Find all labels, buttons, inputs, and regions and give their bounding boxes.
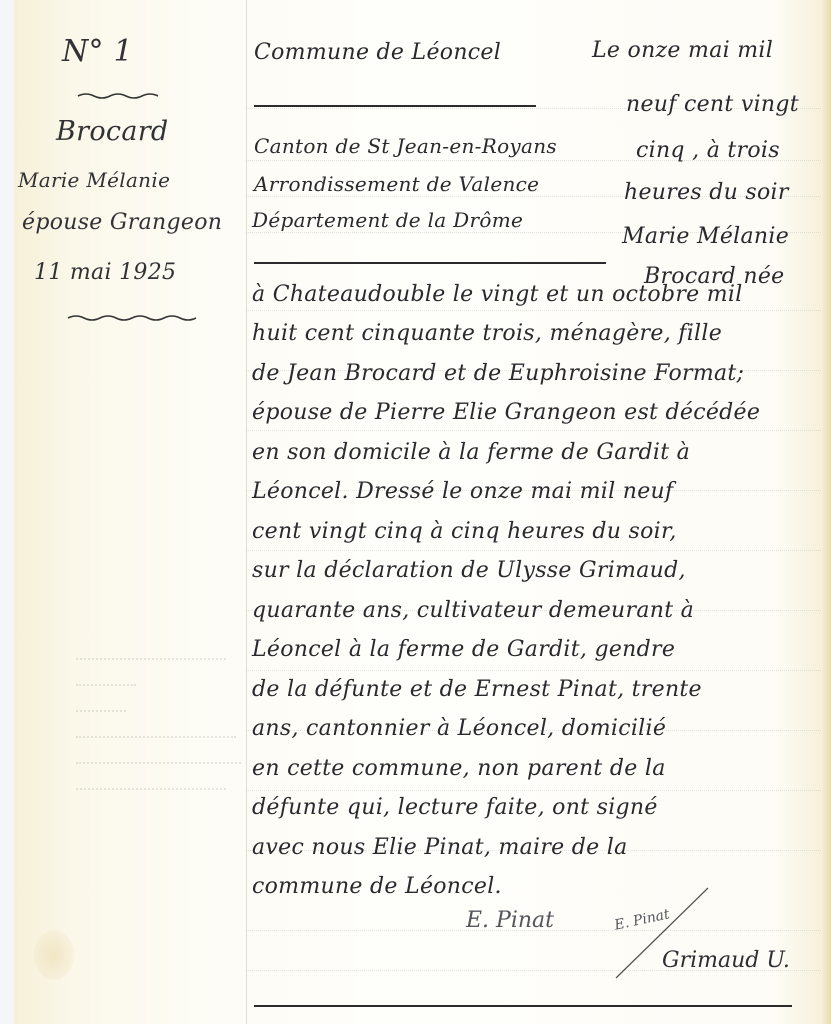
margin-surname: Brocard (56, 116, 169, 147)
body-line: avec nous Elie Pinat, maire de la (252, 835, 628, 860)
header-rule (254, 105, 536, 107)
squiggle-divider (66, 312, 206, 322)
signature-mayor: E. Pinat (466, 908, 554, 933)
header-rule (254, 262, 606, 264)
body-line: en son domicile à la ferme de Gardit à (252, 440, 690, 465)
body-line: quarante ans, cultivateur demeurant à (252, 598, 694, 623)
ruling-line (246, 670, 821, 671)
record-number: N° 1 (62, 34, 133, 69)
ruling-line (246, 430, 821, 431)
body-line: heures du soir (624, 180, 789, 205)
body-line: cent vingt cinq à cinq heures du soir, (252, 519, 677, 544)
register-page: N° 1 Brocard Marie Mélanie épouse Grange… (14, 0, 831, 1024)
body-line: Léoncel. Dressé le onze mai mil neuf (252, 479, 673, 504)
paper-stain (34, 930, 74, 980)
bleed-through-text (76, 658, 246, 828)
margin-date: 11 mai 1925 (34, 260, 176, 285)
margin-spouse: épouse Grangeon (22, 210, 222, 235)
body-line: neuf cent vingt (626, 92, 799, 117)
squiggle-divider (76, 90, 166, 100)
header-canton: Canton de St Jean-en-Royans (254, 134, 557, 158)
signature-declarant: Grimaud U. (662, 948, 790, 973)
header-departement: Département de la Drôme (252, 208, 523, 232)
closing-rule (254, 1005, 792, 1007)
margin-divider-line (246, 0, 247, 1024)
margin-given-names: Marie Mélanie (18, 168, 170, 192)
body-line: huit cent cinquante trois, ménagère, fil… (252, 321, 722, 346)
body-line: Le onze mai mil (592, 38, 773, 63)
body-line: ans, cantonnier à Léoncel, domicilié (252, 716, 666, 741)
body-line: cinq , à trois (636, 138, 780, 163)
body-line: en cette commune, non parent de la (252, 756, 666, 781)
body-line: à Chateaudouble le vingt et un octobre m… (252, 282, 743, 307)
ruling-line (246, 790, 821, 791)
body-line: Léoncel à la ferme de Gardit, gendre (252, 637, 675, 662)
ruling-line (246, 550, 821, 551)
header-commune: Commune de Léoncel (254, 40, 501, 65)
body-line: de Jean Brocard et de Euphroisine Format… (252, 361, 744, 386)
body-line: de la défunte et de Ernest Pinat, trente (252, 677, 702, 702)
body-line: sur la déclaration de Ulysse Grimaud, (252, 558, 686, 583)
body-line: épouse de Pierre Elie Grangeon est décéd… (252, 400, 760, 425)
header-arrondissement: Arrondissement de Valence (254, 172, 539, 196)
body-line: commune de Léoncel. (252, 874, 502, 899)
body-line: défunte qui, lecture faite, ont signé (252, 795, 658, 820)
body-line: Marie Mélanie (622, 224, 789, 249)
ruling-line (246, 310, 821, 311)
